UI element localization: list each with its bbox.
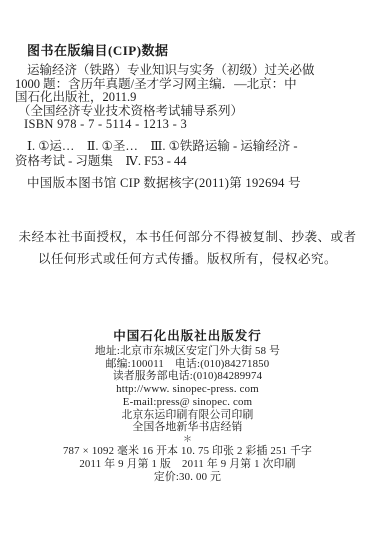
distributor-line: 全国各地新华书店经销: [0, 421, 375, 434]
format-line: 787 × 1092 毫米 16 开本 10. 75 印张 2 彩插 251 千…: [0, 445, 375, 458]
publisher-address: 地址:北京市东城区安定门外大街 58 号: [0, 345, 375, 358]
colophon-block: 中国石化出版社出版发行 地址:北京市东城区安定门外大街 58 号 邮编:1000…: [0, 328, 375, 484]
copyright-page: 图书在版编目(CIP)数据 运输经济（铁路）专业知识与实务（初级）过关必做 10…: [0, 0, 375, 534]
copyright-notice-line-1: 未经本社书面授权，本书任何部分不得被复制、抄袭、或者: [0, 226, 375, 248]
printer-line: 北京东运印刷有限公司印刷: [0, 409, 375, 422]
classification-block: Ⅰ. ①运… Ⅱ. ①圣… Ⅲ. ①铁路运输 - 运输经济 - 资格考试 - 习…: [15, 139, 363, 168]
copyright-notice-line-2: 以任何形式或任何方式传播。版权所有，侵权必究。: [0, 248, 375, 270]
publisher-wrap-line: 国石化出版社，2011.9: [15, 91, 363, 105]
cip-entry-block: 运输经济（铁路）专业知识与实务（初级）过关必做 1000 题：含历年真题/圣才学…: [15, 64, 363, 132]
book-title-line: 运输经济（铁路）专业知识与实务（初级）过关必做: [15, 64, 363, 78]
publisher-name: 中国石化出版社出版发行: [0, 328, 375, 345]
series-line: （全国经济专业技术资格考试辅导系列）: [15, 105, 363, 119]
classification-line-1: Ⅰ. ①运… Ⅱ. ①圣… Ⅲ. ①铁路运输 - 运输经济 -: [15, 139, 363, 154]
reader-service-phone: 读者服务部电话:(010)84289974: [0, 370, 375, 383]
publisher-email: E-mail:press@ sinopec. com: [0, 396, 375, 409]
asterisk-separator: ＊: [0, 434, 375, 445]
isbn-line: ISBN 978 - 7 - 5114 - 1213 - 3: [15, 118, 363, 132]
postcode-phone: 邮编:100011 电话:(010)84271850: [0, 358, 375, 371]
cip-record-number: 中国版本图书馆 CIP 数据核字(2011)第 192694 号: [27, 173, 301, 191]
copyright-notice: 未经本社书面授权，本书任何部分不得被复制、抄袭、或者 以任何形式或任何方式传播。…: [0, 226, 375, 270]
cip-data-header: 图书在版编目(CIP)数据: [27, 40, 169, 59]
price-line: 定价:30. 00 元: [0, 471, 375, 484]
edition-line: 2011 年 9 月第 1 版 2011 年 9 月第 1 次印刷: [0, 458, 375, 471]
publisher-website: http://www. sinopec-press. com: [0, 383, 375, 396]
classification-line-2: 资格考试 - 习题集 Ⅳ. F53 - 44: [15, 154, 363, 169]
